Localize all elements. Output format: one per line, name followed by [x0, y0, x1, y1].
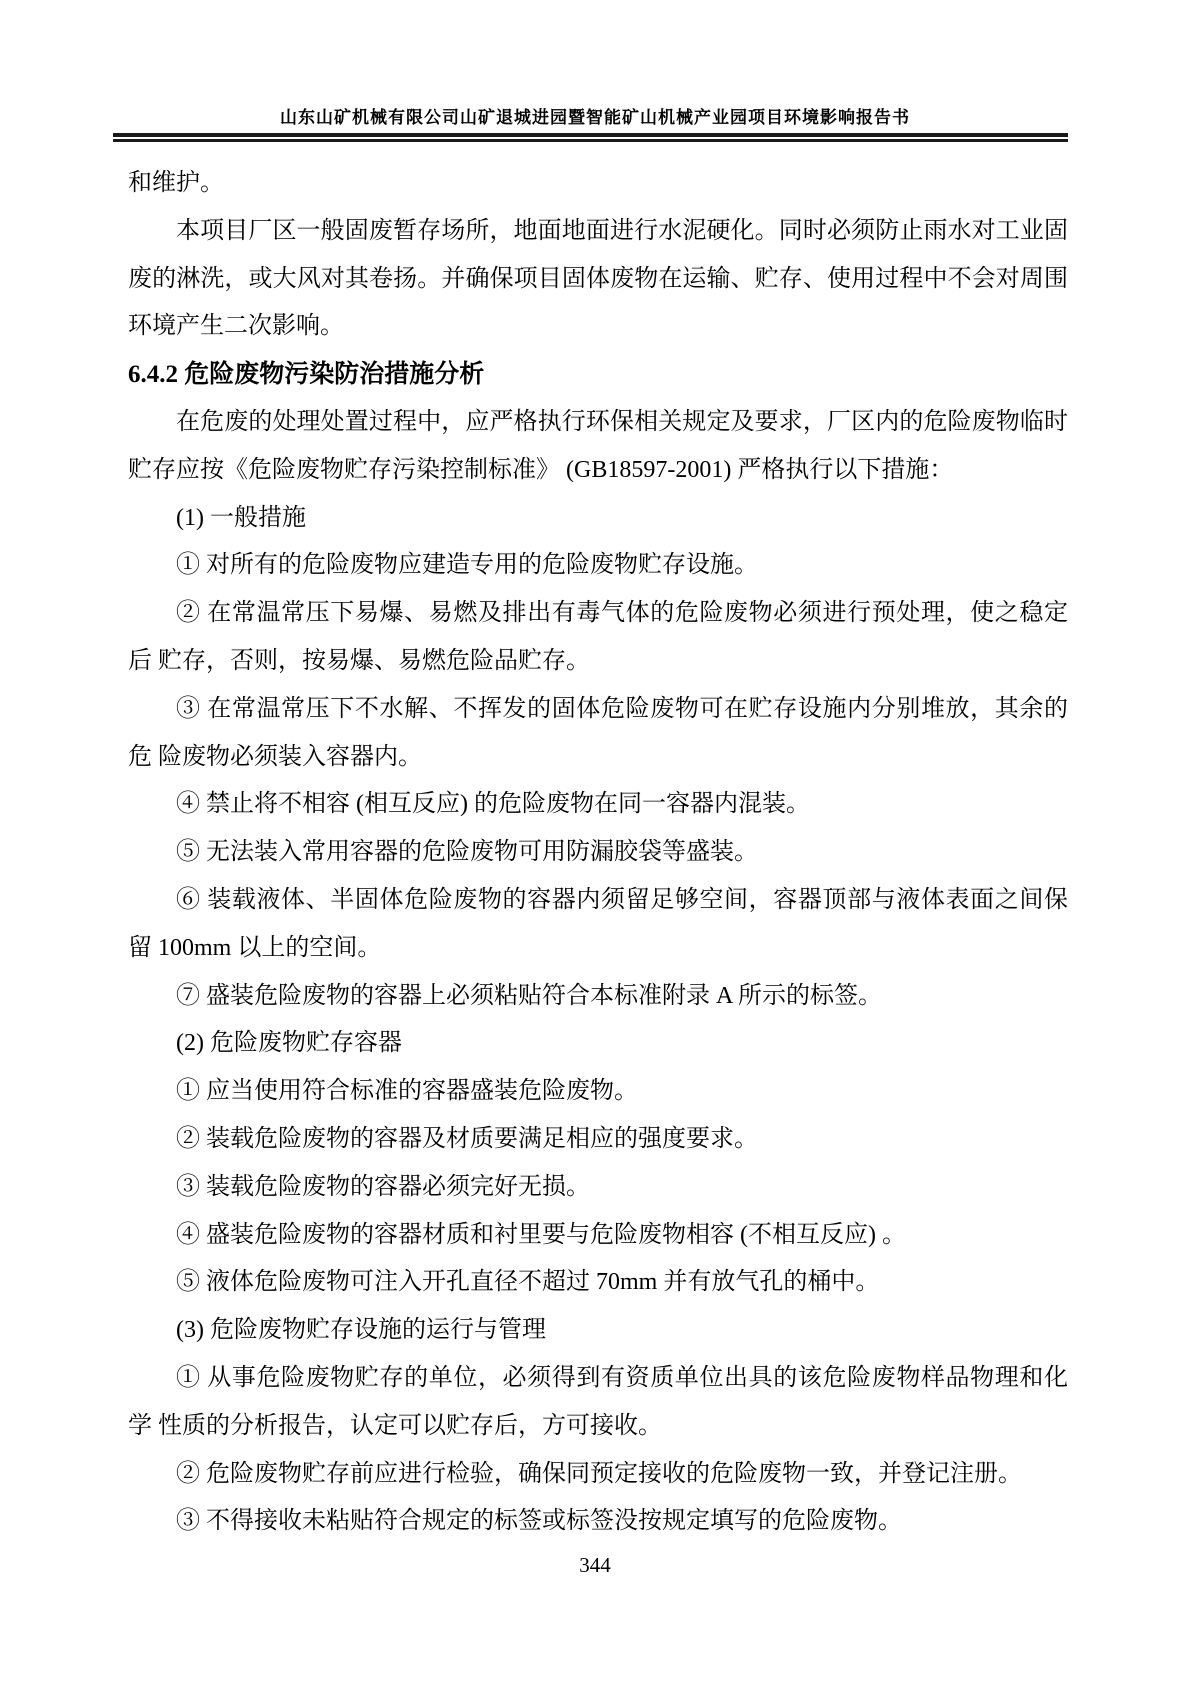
paragraph: 和维护。	[128, 160, 1068, 208]
paragraph: ⑤ 液体危险废物可注入开孔直径不超过 70mm 并有放气孔的桶中。	[128, 1259, 1068, 1307]
page-header-title: 山东山矿机械有限公司山矿退城进园暨智能矿山机械产业园项目环境影响报告书	[0, 103, 1190, 128]
document-page: 山东山矿机械有限公司山矿退城进园暨智能矿山机械产业园项目环境影响报告书 和维护。…	[0, 0, 1190, 1683]
paragraph: ⑥ 装载液体、半固体危险废物的容器内须留足够空间，容器顶部与液体表面之间保留 1…	[128, 877, 1068, 973]
page-number: 344	[0, 1553, 1190, 1578]
paragraph: 在危废的处理处置过程中，应严格执行环保相关规定及要求，厂区内的危险废物临时贮存应…	[128, 399, 1068, 495]
section-heading: 6.4.2 危险废物污染防治措施分析	[128, 351, 1068, 399]
paragraph: ⑤ 无法装入常用容器的危险废物可用防漏胶袋等盛装。	[128, 829, 1068, 877]
paragraph: ③ 不得接收未粘贴符合规定的标签或标签没按规定填写的危险废物。	[128, 1498, 1068, 1546]
paragraph: ④ 禁止将不相容 (相互反应) 的危险废物在同一容器内混装。	[128, 781, 1068, 829]
paragraph: ① 对所有的危险废物应建造专用的危险废物贮存设施。	[128, 542, 1068, 590]
paragraph: ④ 盛装危险废物的容器材质和衬里要与危险废物相容 (不相互反应) 。	[128, 1212, 1068, 1260]
paragraph: ⑦ 盛装危险废物的容器上必须粘贴符合本标准附录 A 所示的标签。	[128, 973, 1068, 1021]
paragraph: ③ 装载危险废物的容器必须完好无损。	[128, 1164, 1068, 1212]
paragraph: (2) 危险废物贮存容器	[128, 1020, 1068, 1068]
paragraph: ① 从事危险废物贮存的单位，必须得到有资质单位出具的该危险废物样品物理和化学 性…	[128, 1355, 1068, 1451]
document-body: 和维护。本项目厂区一般固废暂存场所，地面地面进行水泥硬化。同时必须防止雨水对工业…	[128, 160, 1068, 1546]
paragraph: 本项目厂区一般固废暂存场所，地面地面进行水泥硬化。同时必须防止雨水对工业固废的淋…	[128, 208, 1068, 351]
paragraph: ③ 在常温常压下不水解、不挥发的固体危险废物可在贮存设施内分别堆放，其余的危 险…	[128, 686, 1068, 782]
paragraph: ② 危险废物贮存前应进行检验，确保同预定接收的危险废物一致，并登记注册。	[128, 1451, 1068, 1499]
header-rule	[113, 133, 1068, 142]
paragraph: ① 应当使用符合标准的容器盛装危险废物。	[128, 1068, 1068, 1116]
paragraph: (1) 一般措施	[128, 495, 1068, 543]
paragraph: (3) 危险废物贮存设施的运行与管理	[128, 1307, 1068, 1355]
paragraph: ② 在常温常压下易爆、易燃及排出有毒气体的危险废物必须进行预处理，使之稳定后 贮…	[128, 590, 1068, 686]
paragraph: ② 装载危险废物的容器及材质要满足相应的强度要求。	[128, 1116, 1068, 1164]
